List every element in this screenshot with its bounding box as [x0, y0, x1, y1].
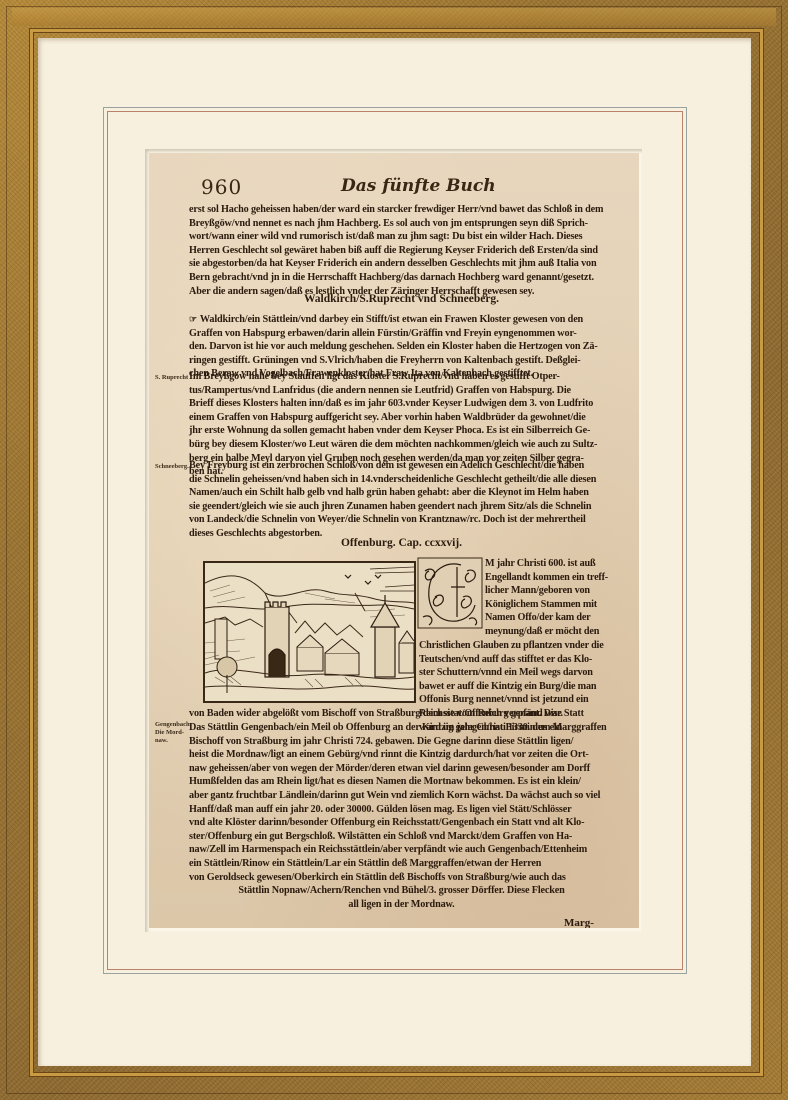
text-line: heist die Mordnaw/ligt an einem Gebürg/v… [189, 748, 614, 762]
section-title-waldkirch: Waldkirch/S.Ruprecht vnd Schneeberg. [189, 293, 614, 305]
woodcut-town-view-icon [205, 563, 414, 701]
text-line: Breyßgöw/vnd nennet es nach jhm Hachberg… [189, 217, 614, 231]
offenburg-text-beside-initial: M jahr Christi 600. ist auß Engellandt k… [485, 557, 615, 639]
text-line: naw geheissen/aber von wegen der Mörder/… [189, 762, 614, 776]
text-line: Stättlin Nopnaw/Achern/Renchen vnd Bühel… [189, 884, 614, 898]
text-line: Namen/auch ein Schilt halb gelb vnd halb… [189, 486, 614, 500]
text-line: Namen Offo/der kam der [485, 611, 615, 625]
page-header: 960 Das fünfte Buch [201, 175, 639, 199]
closing-lines-block: Stättlin Nopnaw/Achern/Renchen vnd Bühel… [189, 884, 614, 911]
text-line: von Landeck/die Schnelin von Weyer/die S… [189, 513, 614, 527]
text-line: Im Breyßgöw nahe bey Stauffen ligt das K… [189, 370, 614, 384]
text-line: einem Graffen von Habspurg auffgericht s… [189, 411, 614, 425]
text-line: Das Stättlin Gengenbach/ein Meil ob Offe… [189, 721, 614, 735]
text-line: Bey Freyburg ist ein zerbrochen Schloß/v… [189, 459, 614, 473]
text-line: meynung/daß er möcht den [485, 625, 615, 639]
text-line: bürg bey diesem Kloster/wo Leut wären di… [189, 438, 614, 452]
text-line: ☞Waldkirch/ein Stättlein/vnd darbey ein … [189, 313, 614, 327]
catchword: Marg- [564, 917, 594, 928]
section-title-offenburg: Offenburg. Cap. ccxxvij. [189, 537, 614, 549]
text-line: Offonis Burg nennet/vnnd ist jetzund ein [419, 693, 619, 707]
text-line: den. Darvon ist hie vor auch meldung ges… [189, 340, 614, 354]
text-line: ein Stättlein/Rinow ein Stättlein/Lar ei… [189, 857, 614, 871]
text-line: Humßfelden das am Rhein ligt/hat es dies… [189, 775, 614, 789]
text-line: vnd alte Klöster darinn/besonder Offenbu… [189, 816, 614, 830]
text-line: sie geendert/gleich wie sie auch jhren Z… [189, 500, 614, 514]
text-line: jhr erste Wohnung da sollen gemacht habe… [189, 424, 614, 438]
text-line: aber gantz fruchtbar Ländlein/darinn gut… [189, 789, 614, 803]
text-line: Engellandt kommen ein treff- [485, 571, 615, 585]
text-line: Brieff dieses Klosters halten inn/daß es… [189, 397, 614, 411]
text-line: Herren Geschlecht sol gewäret haben biß … [189, 244, 614, 258]
text-line: von Baden wider abgelößt vom Bischoff vo… [189, 707, 614, 721]
text-line: Christlichen Glauben zu pflantzen vnder … [419, 639, 619, 653]
paragraph-gengenbach: Das Stättlin Gengenbach/ein Meil ob Offe… [189, 721, 614, 884]
text-line: ster Schuttern/vnnd ein Meil wegs darvon [419, 666, 619, 680]
text-line: licher Mann/geboren von [485, 584, 615, 598]
text-line: die Schnelin geheissen/vnd haben sich in… [189, 473, 614, 487]
paragraph-mark-icon: ☞ [189, 314, 197, 324]
text-line: Teutschen/vnd auff das stifftet er das K… [419, 653, 619, 667]
text-line: bawet er auff die Kintzig ein Burg/die m… [419, 680, 619, 694]
text-line: wort/wann einer wild vnd rumorisch ist/d… [189, 230, 614, 244]
text-line: erst sol Hacho geheissen haben/der ward … [189, 203, 614, 217]
text-line: Bern gebracht/vnd jn in die Herrschafft … [189, 271, 614, 285]
text-line: ster/Offenburg ein gut Bergschloß. Wilst… [189, 830, 614, 844]
paragraph-schneeberg: Bey Freyburg ist ein zerbrochen Schloß/v… [189, 459, 614, 541]
text-line: ringen gestifft. Grüningen vnd S.Vlrich/… [189, 354, 614, 368]
text-line: Bischoff von Straßburg im jahr Christi 7… [189, 735, 614, 749]
text-line: Graffen von Habspurg erbawen/darin allei… [189, 327, 614, 341]
decorated-initial-letter [417, 557, 483, 629]
woodcut-illustration-offenburg [203, 561, 416, 703]
text-line: M jahr Christi 600. ist auß [485, 557, 615, 571]
ornamental-initial-icon [417, 557, 483, 629]
text-line: Königlichem Stammen mit [485, 598, 615, 612]
antique-book-page: 960 Das fünfte Buch erst sol Hacho gehei… [149, 153, 639, 928]
intro-paragraph: erst sol Hacho geheissen haben/der ward … [189, 203, 614, 298]
text-line: naw/Zell im Harmenspach ein Reichsstättl… [189, 843, 614, 857]
running-head: Das fünfte Buch [341, 176, 496, 196]
offenburg-after-image-line: von Baden wider abgelößt vom Bischoff vo… [189, 707, 614, 721]
text-line: sie abgestorben/da hat Keyser Friderich … [189, 257, 614, 271]
text-line: Hanff/daß man auff ein jahr 20. oder 300… [189, 803, 614, 817]
text-line: von Geroldseck gewesen/Oberkirch ein Stä… [189, 871, 614, 885]
text-line: tus/Rampertus/vnd Lanfridus (die andern … [189, 384, 614, 398]
text-line: all ligen in der Mordnaw. [189, 898, 614, 912]
page-number: 960 [201, 175, 242, 199]
